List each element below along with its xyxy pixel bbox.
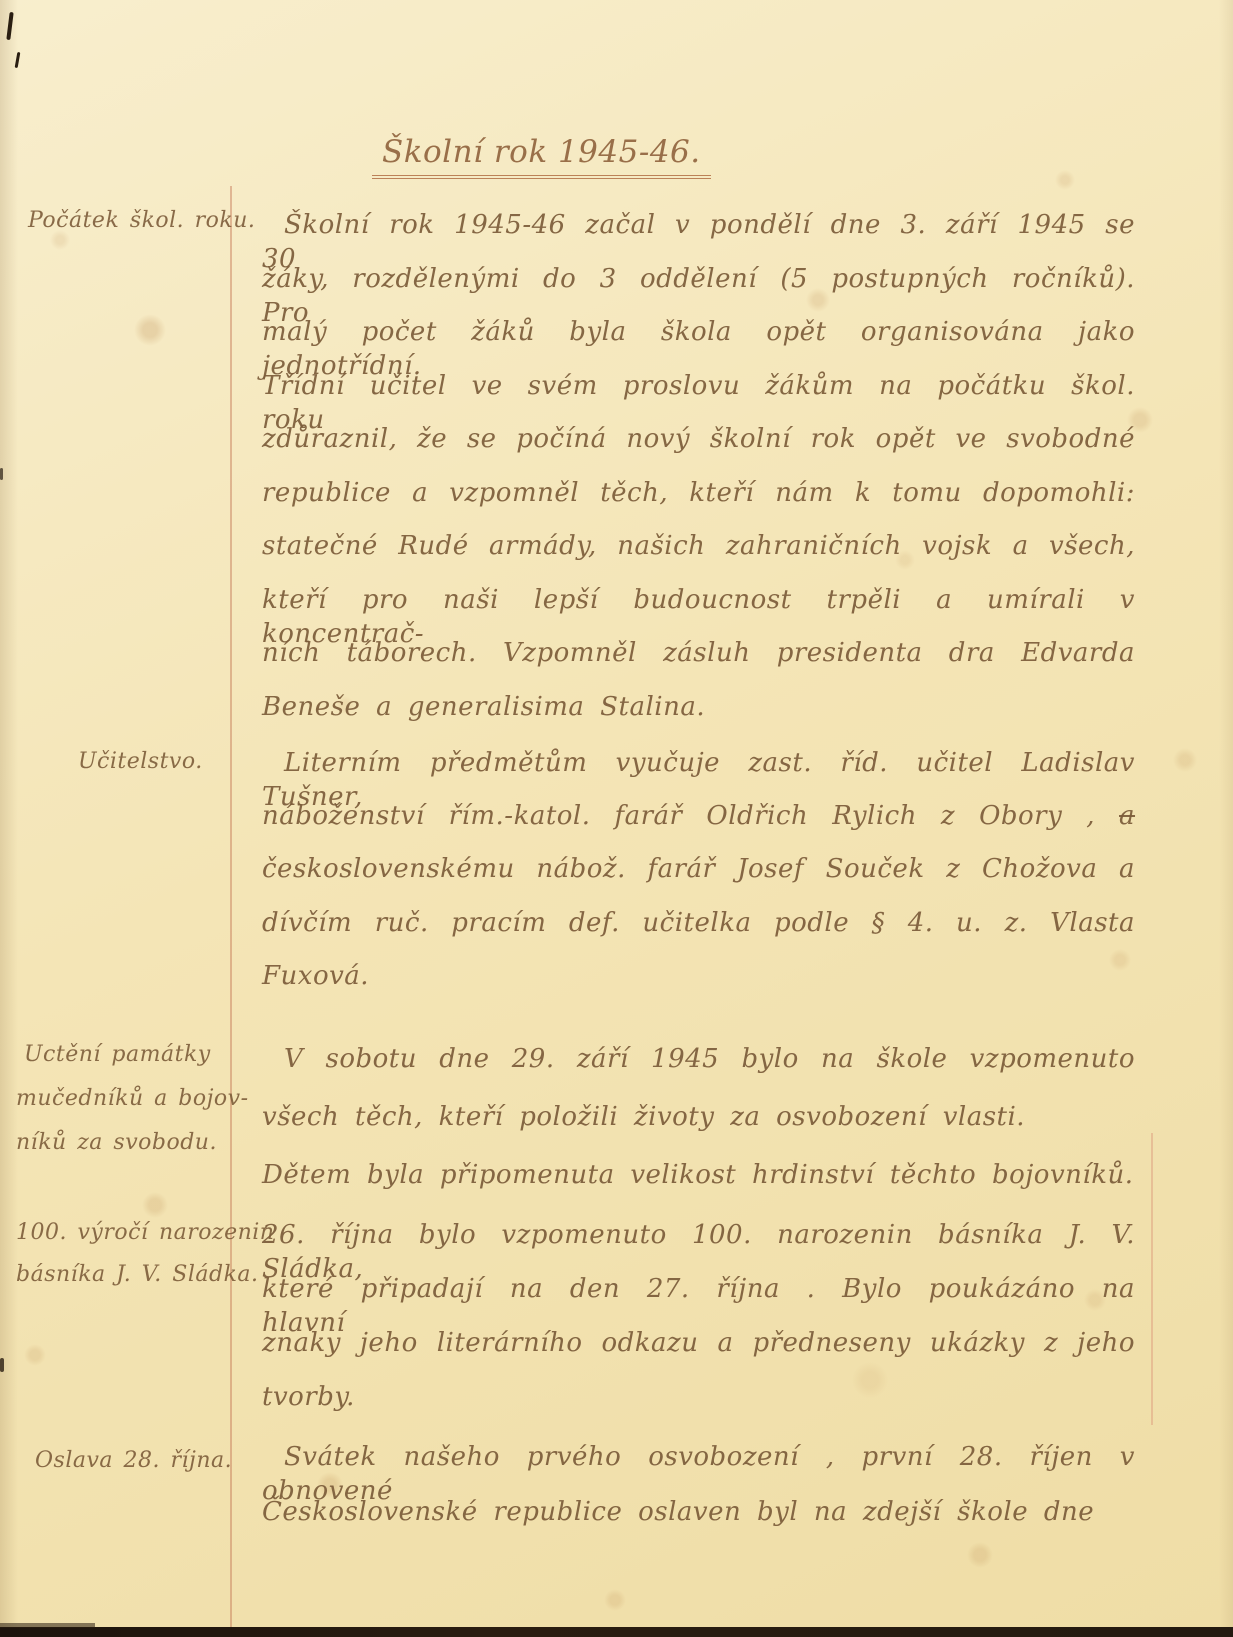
binding-mark [15, 52, 21, 68]
handwritten-line: statečné Rudé armády, našich zahraničníc… [262, 529, 1135, 563]
handwritten-line: Beneše a generalisima Stalina. [262, 690, 1135, 724]
margin-note: níků za svobodu. [16, 1128, 217, 1158]
handwritten-line: Dětem byla připomenuta velikost hrdinstv… [262, 1158, 1135, 1192]
handwritten-line: republice a vzpomněl těch, kteří nám k t… [262, 476, 1135, 510]
margin-note: mučedníků a bojov- [16, 1084, 249, 1114]
margin-note: 100. výročí narozenin [16, 1218, 274, 1248]
binding-mark [0, 1358, 4, 1372]
handwritten-line: tvorby. [262, 1380, 1135, 1414]
handwritten-line: československému nábož. farář Josef Souč… [262, 852, 1135, 886]
margin-note: Uctění památky [24, 1040, 211, 1070]
page-bottom-shadow-edge [0, 1627, 1233, 1637]
handwritten-line: náboženství řím.-katol. farář Oldřich Ry… [262, 799, 1135, 833]
margin-note: Počátek škol. roku. [28, 206, 255, 236]
line-text: náboženství řím.-katol. farář Oldřich Ry… [262, 801, 1095, 831]
struck-text: a [1119, 801, 1135, 831]
binding-mark [6, 12, 13, 40]
handwritten-line: dívčím ruč. pracím def. učitelka podle §… [262, 906, 1135, 940]
handwritten-line: zdůraznil, že se počíná nový školní rok … [262, 422, 1135, 456]
binding-mark [0, 468, 3, 480]
handwritten-line: Československé republice oslaven byl na … [262, 1495, 1135, 1529]
main-text-column: Školní rok 1945-46 začal v pondělí dne 3… [262, 0, 1135, 1637]
chronicle-page: Školní rok 1945-46. Počátek škol. roku. … [0, 0, 1233, 1637]
handwritten-line: V sobotu dne 29. září 1945 bylo na škole… [262, 1042, 1135, 1076]
margin-note: Učitelstvo. [78, 747, 203, 777]
margin-note: Oslava 28. října. [35, 1446, 232, 1476]
bleed-through-mark [1151, 1133, 1153, 1425]
margin-note: básníka J. V. Sládka. [16, 1260, 259, 1290]
margin-rule-line [230, 186, 232, 1628]
handwritten-line: všech těch, kteří položili životy za osv… [262, 1100, 1135, 1134]
handwritten-line: ních táborech. Vzpomněl zásluh president… [262, 636, 1135, 670]
handwritten-line: Fuxová. [262, 959, 1135, 993]
handwritten-line: znaky jeho literárního odkazu a přednese… [262, 1326, 1135, 1360]
